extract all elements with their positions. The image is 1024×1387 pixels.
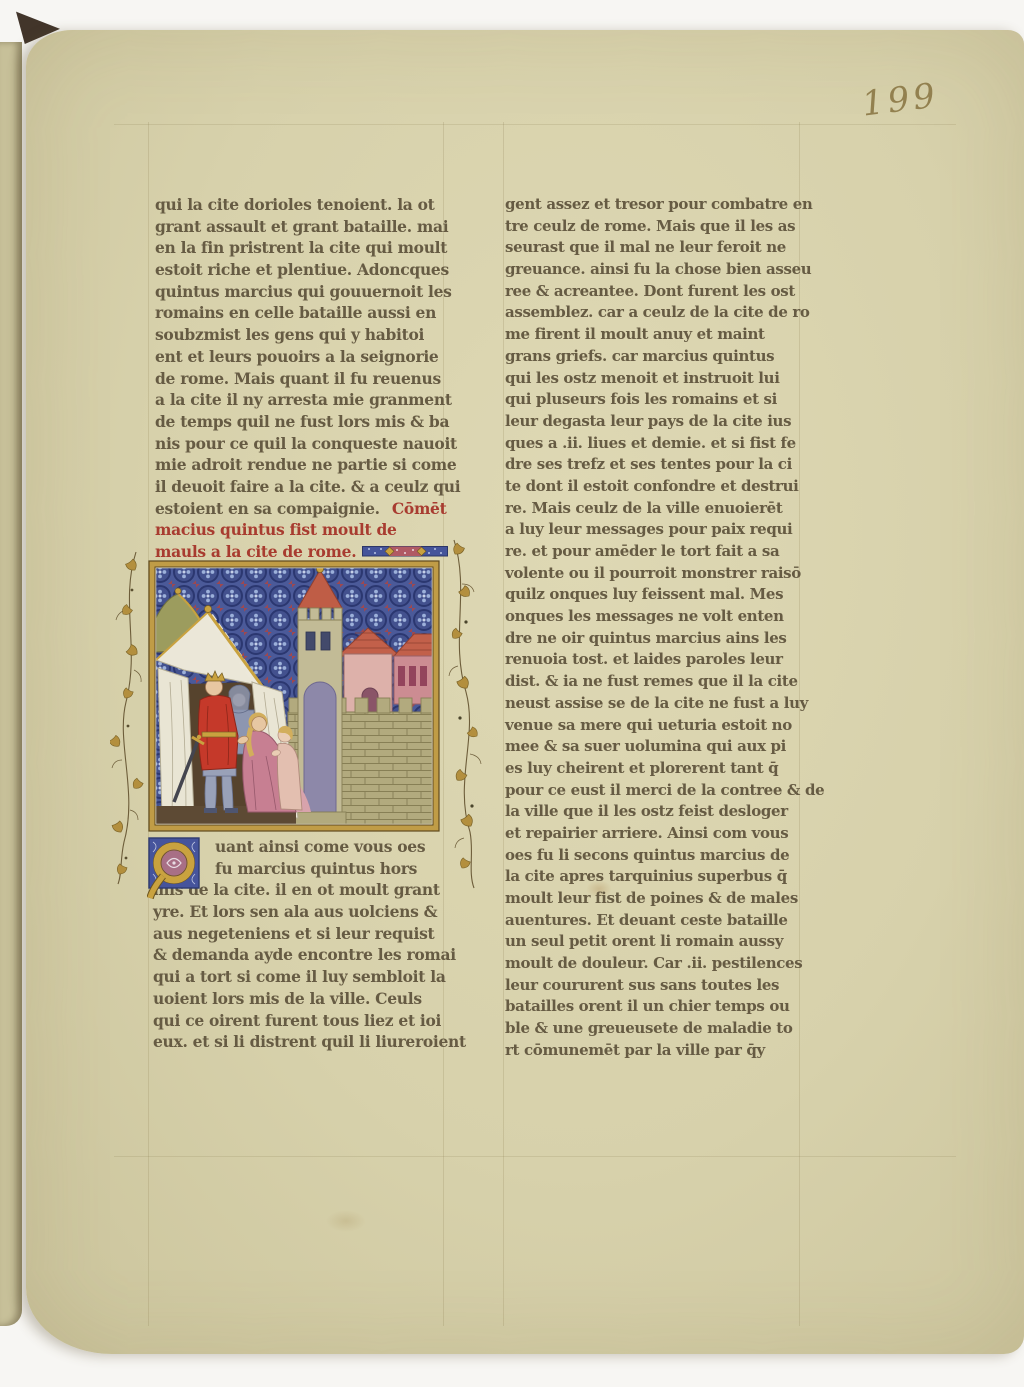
text-line: tre ceulz de rome. Mais que il les as	[505, 216, 817, 238]
text-line: venue sa mere qui ueturia estoit no	[505, 715, 817, 737]
text-line: re. et pour amēder le tort fait a sa	[505, 541, 817, 563]
text-line: oes fu li secons quintus marcius de	[505, 845, 817, 867]
illuminated-initial-q	[147, 836, 209, 902]
ruling-line	[503, 122, 504, 1326]
text-line: mie adroit rendue ne partie si come	[155, 454, 447, 476]
text-line: qui a tort si come il luy sembloit la	[153, 966, 449, 988]
text-block: mis de la cite. il en ot moult grantyre.…	[153, 879, 449, 1053]
text-line: aus negeteniens et si leur requist	[153, 923, 449, 945]
line-filler-ornament	[362, 545, 448, 558]
ruling-line	[114, 124, 956, 125]
text-block: qui la cite dorioles tenoient. la otgran…	[155, 194, 447, 498]
text-line: dre ses trefz et ses tentes pour la ci	[505, 454, 817, 476]
text-line: quintus marcius qui gouuernoit les	[155, 281, 447, 303]
text-line: soubzmist les gens qui y habitoi	[155, 324, 447, 346]
text-line: la cite apres tarquinius superbus q̄	[505, 866, 817, 888]
text-line: grant assault et grant bataille. mai	[155, 216, 447, 238]
text-line: qui la cite dorioles tenoient. la ot	[155, 194, 447, 216]
text-block: uant ainsi come vous oesfu marcius quint…	[215, 836, 449, 879]
ivy-vine-ornament	[110, 550, 146, 886]
text-span: estoient en sa compaignie.	[155, 499, 380, 518]
text-line: en la fin pristrent la cite qui moult	[155, 237, 447, 259]
ruling-line	[114, 1156, 956, 1157]
text-line: estoit riche et plentiue. Adoncques	[155, 259, 447, 281]
text-line: dre ne oir quintus marcius ains les	[505, 628, 817, 650]
text-line: volente ou il pourroit monstrer raisō	[505, 563, 817, 585]
text-line: batailles orent il un chier temps ou	[505, 996, 817, 1018]
text-line: re. Mais ceulz de la ville enuoierēt	[505, 498, 817, 520]
folio-number: 199	[860, 75, 941, 124]
rubric-text: mauls a la cite de rome.	[155, 542, 356, 561]
text-line: onques les messages ne volt enten	[505, 606, 817, 628]
text-line: & demanda ayde encontre les romai	[153, 944, 449, 966]
manuscript-photo: 199 qui la cite dorioles tenoient. la ot…	[0, 0, 1024, 1387]
text-line: qui pluseurs fois les romains et si	[505, 389, 817, 411]
text-line: romains en celle bataille aussi en	[155, 302, 447, 324]
text-line: fu marcius quintus hors	[215, 858, 449, 880]
text-line: yre. Et lors sen ala aus uolciens &	[153, 901, 449, 923]
text-line: moult leur fist de poines & de males	[505, 888, 817, 910]
text-line: un seul petit orent li romain aussy	[505, 931, 817, 953]
text-line: estoient en sa compaignie. Cōmēt	[155, 498, 447, 520]
text-line: a la cite il ny arresta mie granment	[155, 389, 447, 411]
miniature-illustration	[148, 560, 440, 832]
text-line: pour ce eust il merci de la contree & de	[505, 780, 817, 802]
text-line: ree & acreantee. Dont furent les ost	[505, 281, 817, 303]
text-line: mee & sa suer uolumina qui aux pi	[505, 736, 817, 758]
text-line: eux. et si li distrent quil li liureroie…	[153, 1031, 449, 1053]
text-line: me firent il moult anuy et maint	[505, 324, 817, 346]
text-line: la ville que il les ostz feist desloger	[505, 801, 817, 823]
text-line: leur coururent sus sans toutes les	[505, 975, 817, 997]
text-line: dist. & ia ne fust remes que il la cite	[505, 671, 817, 693]
text-block: gent assez et tresor pour combatre entre…	[505, 194, 817, 1062]
text-line: uoient lors mis de la ville. Ceuls	[153, 988, 449, 1010]
rubric-line: macius quintus fist moult de	[155, 519, 447, 541]
text-line: ble & une greueusete de maladie to	[505, 1018, 817, 1040]
text-line: assemblez. car a ceulz de la cite de ro	[505, 302, 817, 324]
text-line: es luy cheirent et plorerent tant q̄	[505, 758, 817, 780]
text-line: gent assez et tresor pour combatre en	[505, 194, 817, 216]
text-line: qui les ostz menoit et instruoit lui	[505, 368, 817, 390]
text-line: de temps quil ne fust lors mis & ba	[155, 411, 447, 433]
text-line: uant ainsi come vous oes	[215, 836, 449, 858]
text-line: nis pour ce quil la conqueste nauoit	[155, 433, 447, 455]
right-text-column: gent assez et tresor pour combatre entre…	[505, 194, 817, 1062]
text-line: il deuoit faire a la cite. & a ceulz qui	[155, 476, 447, 498]
text-line: auentures. Et deuant ceste bataille	[505, 910, 817, 932]
left-text-column-lower: uant ainsi come vous oesfu marcius quint…	[153, 836, 449, 1053]
text-line: moult de douleur. Car .ii. pestilences	[505, 953, 817, 975]
left-text-column: qui la cite dorioles tenoient. la otgran…	[155, 194, 447, 563]
text-line: a luy leur messages pour paix requi	[505, 519, 817, 541]
text-line: seurast que il mal ne leur feroit ne	[505, 237, 817, 259]
text-line: neust assise se de la cite ne fust a luy	[505, 693, 817, 715]
text-line: quilz onques luy feissent mal. Mes	[505, 584, 817, 606]
text-line: qui ce oirent furent tous liez et ioi	[153, 1010, 449, 1032]
text-line: ent et leurs pouoirs a la seignorie	[155, 346, 447, 368]
text-line: grans griefs. car marcius quintus	[505, 346, 817, 368]
text-line: leur degasta leur pays de la cite ius	[505, 411, 817, 433]
city-tower	[294, 566, 346, 825]
previous-page-edge	[0, 42, 22, 1326]
rubric-word: Cōmēt	[392, 499, 447, 518]
text-line: de rome. Mais quant il fu reuenus	[155, 368, 447, 390]
text-line: rt cōmunemēt par la ville par q̄y	[505, 1040, 817, 1062]
parchment-page: 199 qui la cite dorioles tenoient. la ot…	[26, 30, 1024, 1354]
text-line: ques a .ii. liues et demie. et si fist f…	[505, 433, 817, 455]
text-line: greuance. ainsi fu la chose bien asseu	[505, 259, 817, 281]
parchment-stain	[326, 1210, 366, 1232]
text-line: renuoia tost. et laides paroles leur	[505, 649, 817, 671]
text-line: et repairier arriere. Ainsi com vous	[505, 823, 817, 845]
text-line: te dont il estoit confondre et destrui	[505, 476, 817, 498]
